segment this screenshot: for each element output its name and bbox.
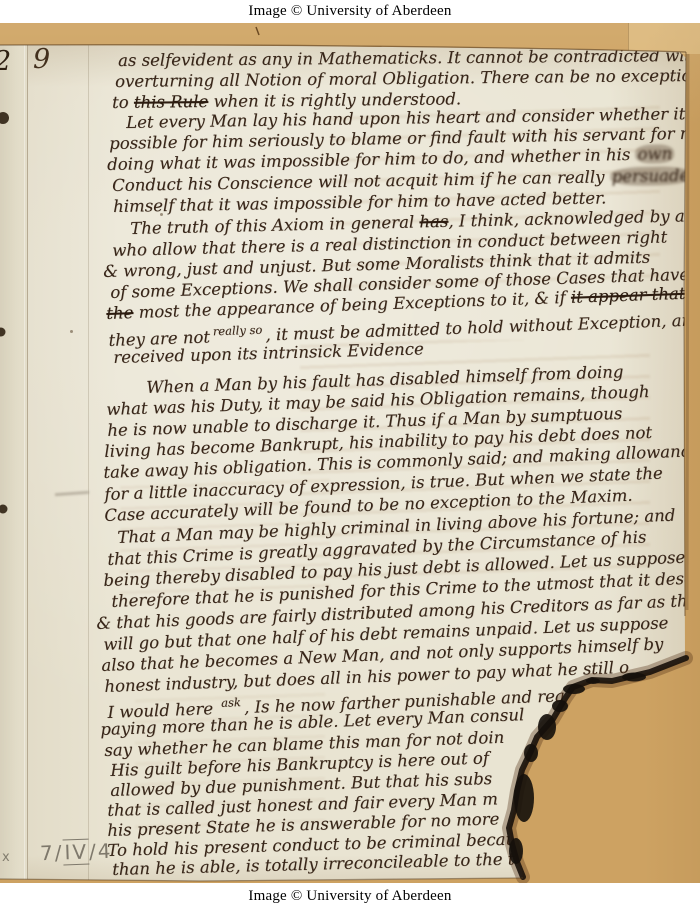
bottom-copyright-banner: Image © University of Aberdeen [0, 883, 700, 910]
mat-fold-highlight [628, 23, 700, 54]
top-copyright-banner: Image © University of Aberdeen [0, 0, 700, 23]
copyright-text: Image © University of Aberdeen [248, 3, 451, 19]
vertical-crease [88, 45, 89, 881]
page-number-left-partial: 2 [0, 48, 11, 75]
copyright-text: Image © University of Aberdeen [248, 888, 451, 904]
page-number: 9 [33, 46, 50, 73]
ink-speck [160, 213, 163, 216]
pencil-smear [55, 491, 89, 496]
ink-speck [70, 330, 73, 333]
vertical-crease [24, 45, 25, 881]
pencil-shelfmark: 7/IV/4 [40, 841, 113, 864]
scanned-manuscript-page: Image © University of Aberdeen 2 9 as se… [0, 0, 700, 910]
pencil-cross-mark: x [2, 851, 10, 864]
